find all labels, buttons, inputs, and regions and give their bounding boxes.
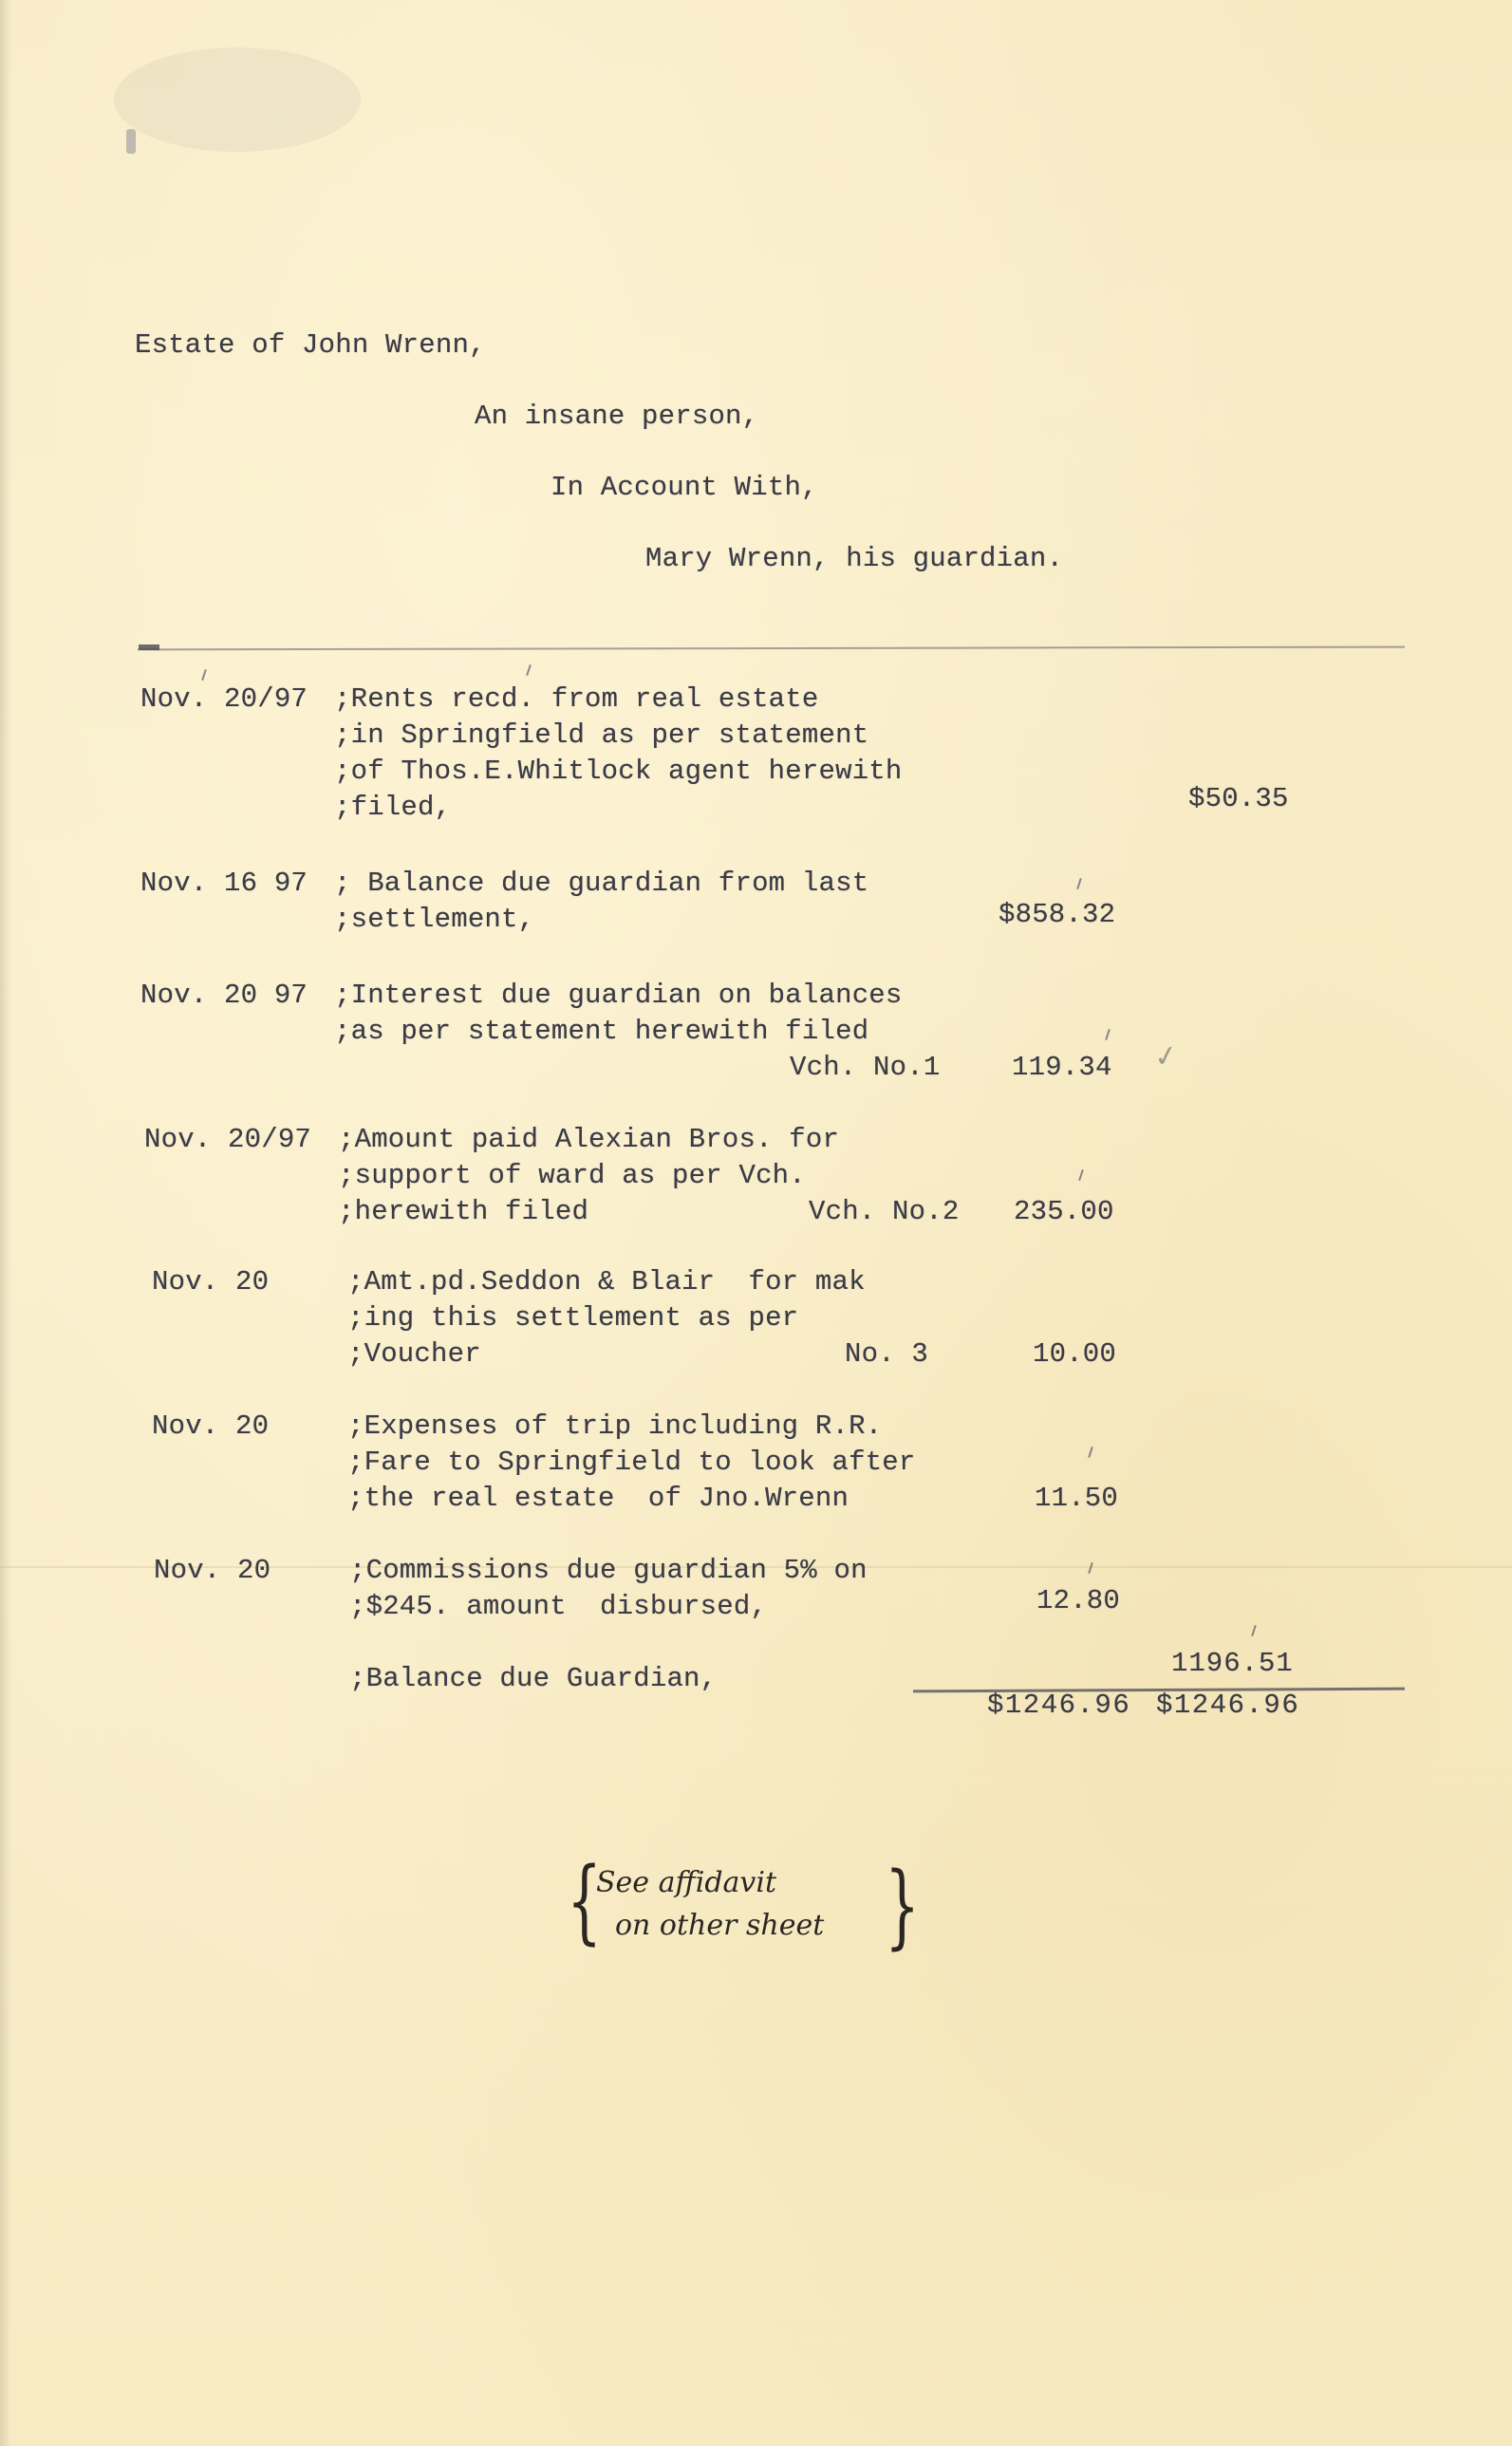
entry-line: ;settlement, [334,902,534,938]
tick-mark [1105,1029,1111,1040]
account-with-label: In Account With, [551,470,818,506]
tick-mark [1078,1169,1084,1181]
entry-line: ;support of ward as per Vch. [338,1158,806,1194]
entry-line: ;Amount paid Alexian Bros. for [338,1122,839,1158]
entry-amount: 11.50 [1035,1481,1118,1517]
guardian-name: Mary Wrenn, his guardian. [645,541,1063,577]
entry-voucher: Vch. No.2 [809,1194,959,1230]
estate-title: Estate of John Wrenn, [135,327,486,364]
entry-date: Nov. 20 [154,1553,271,1589]
paper-hole [126,129,136,154]
entry-line: ;Amt.pd.Seddon & Blair for mak [347,1264,866,1300]
entry-line: ;ing this settlement as per [347,1300,798,1336]
right-brace: } [885,1860,920,1951]
entry-amount: 235.00 [1014,1194,1114,1230]
entry-amount: 119.34 [1012,1050,1112,1086]
entry-date: Nov. 20 97 [140,978,308,1014]
entry-line: ;Fare to Springfield to look after [347,1445,916,1481]
ward-description: An insane person, [475,399,758,435]
entry-line: ;Interest due guardian on balances [334,978,903,1014]
note-line-2: on other sheet [615,1908,824,1944]
tick-mark [201,669,207,681]
entry-voucher: Vch. No.1 [790,1050,940,1086]
entry-line: ;herewith filed [338,1194,588,1230]
tick-mark [1088,1447,1093,1458]
entry-date: Nov. 20/97 [144,1122,311,1158]
divider-mark [139,644,159,650]
header-divider [138,646,1405,651]
entry-line: ;$245. amount disbursed, [349,1589,767,1625]
entry-amount: $858.32 [999,897,1115,933]
entry-line: ;as per statement herewith filed [334,1014,868,1050]
debit-total: $1246.96 [987,1688,1130,1724]
entry-line: ; Balance due guardian from last [334,866,868,902]
entry-line: ;filed, [334,790,451,826]
checkmark-icon: ✓ [1151,1038,1181,1075]
entry-amount: 10.00 [1033,1336,1116,1372]
entry-line: ;the real estate of Jno.Wrenn [347,1481,849,1517]
credit-total: $1246.96 [1156,1688,1299,1724]
entry-line: ;Expenses of trip including R.R. [347,1409,882,1445]
entry-date: Nov. 20/97 [140,682,308,718]
paper-stain [114,47,361,152]
entry-line: ;Commissions due guardian 5% on [349,1553,868,1589]
entry-date: Nov. 20 [152,1264,269,1300]
entry-line: ;in Springfield as per statement [334,718,868,754]
tick-mark [1251,1625,1257,1636]
entry-date: Nov. 20 [152,1409,269,1445]
entry-line: ;Voucher [347,1336,481,1372]
entry-amount: 12.80 [1036,1583,1120,1619]
tick-mark [526,664,532,676]
entry-amount-credit: $50.35 [1188,781,1289,817]
tick-mark [1076,878,1082,889]
entry-voucher: No. 3 [845,1336,928,1372]
paper-edge-shadow [0,0,11,2446]
entry-date: Nov. 16 97 [140,866,308,902]
entry-line: ;Rents recd. from real estate [334,682,818,718]
balance-label: ;Balance due Guardian, [349,1661,717,1697]
note-line-1: See affidavit [596,1865,776,1901]
tick-mark [1088,1562,1093,1574]
entry-line: ;of Thos.E.Whitlock agent herewith [334,754,903,790]
balance-amount: 1196.51 [1171,1646,1294,1682]
